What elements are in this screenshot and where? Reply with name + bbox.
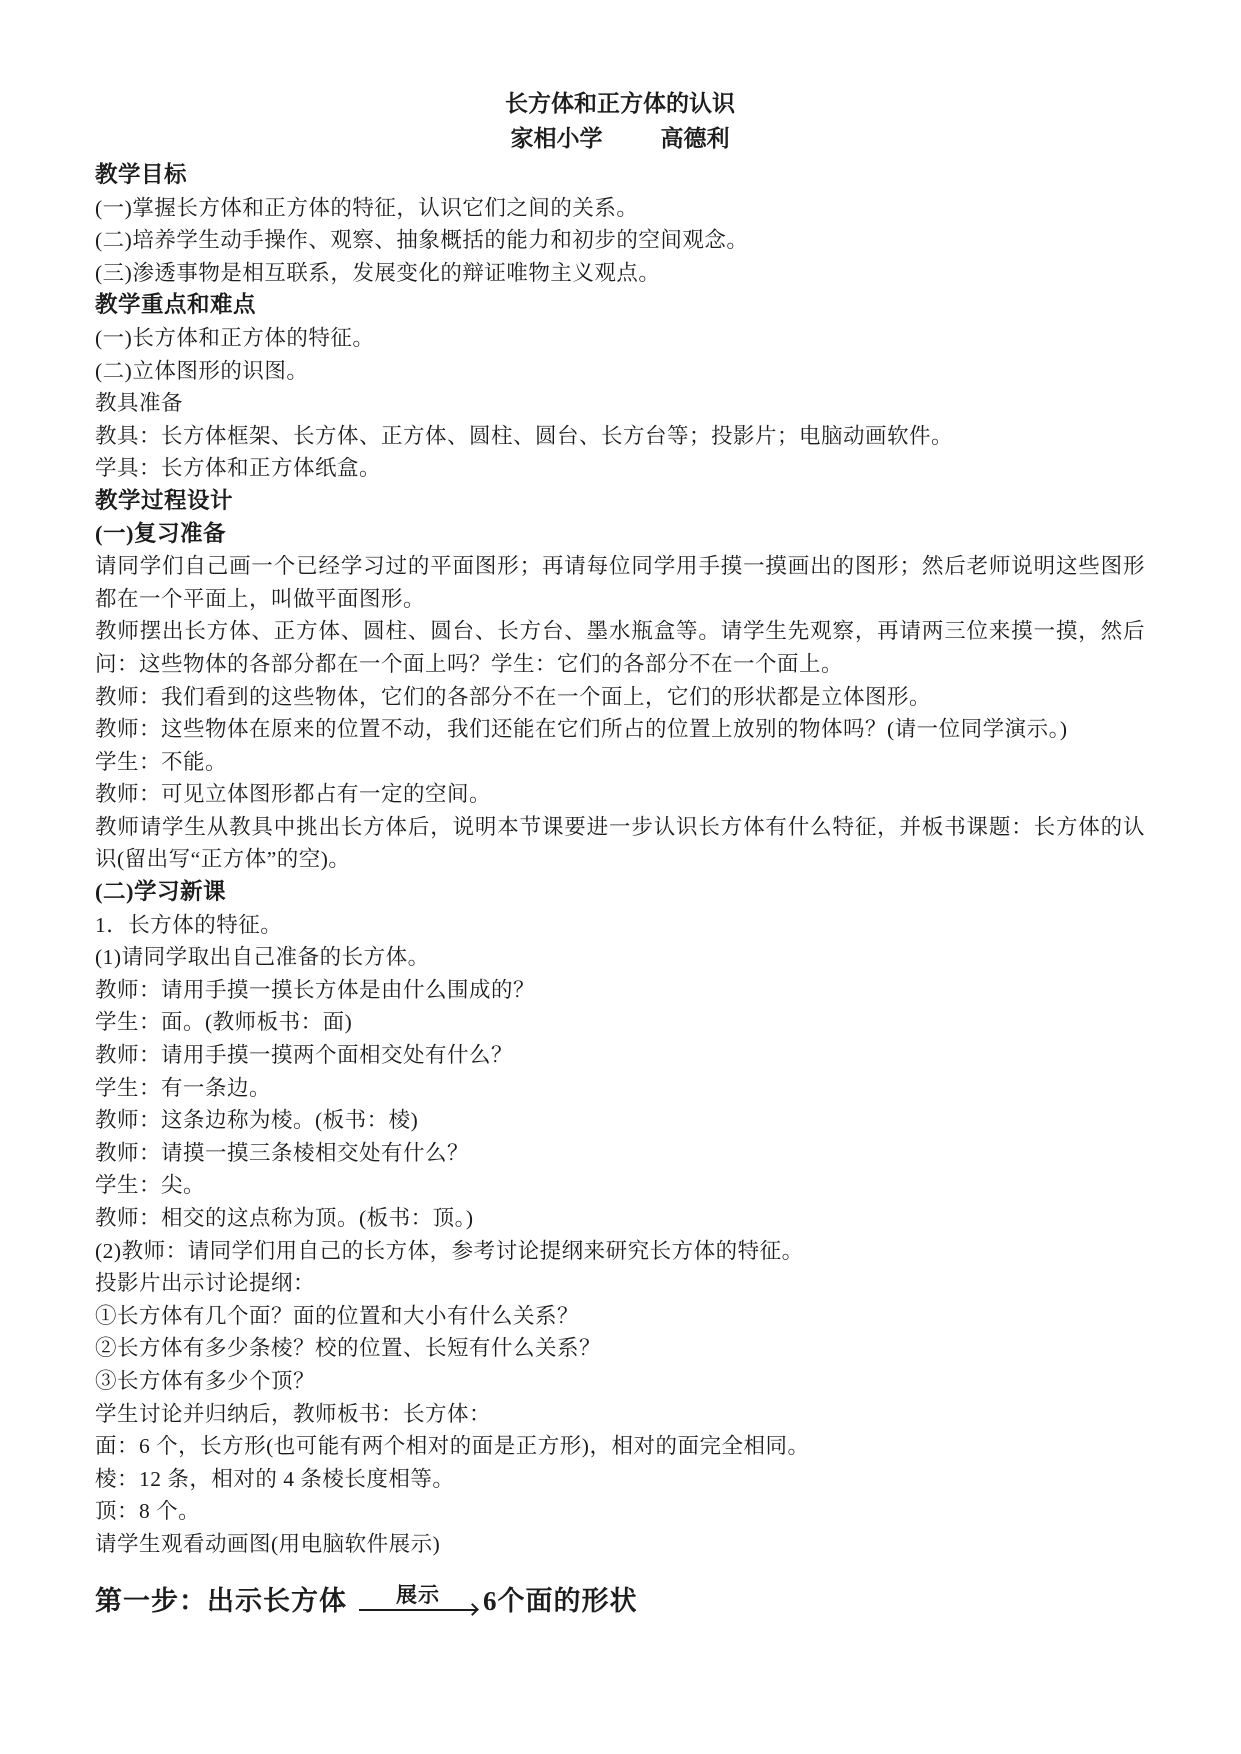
text-line: (三)渗透事物是相互联系，发展变化的辩证唯物主义观点。 bbox=[95, 257, 1145, 290]
text-line: ②长方体有多少条棱？校的位置、长短有什么关系？ bbox=[95, 1332, 1145, 1365]
text-line: 请同学们自己画一个已经学习过的平面图形；再请每位同学用手摸一摸画出的图形；然后老… bbox=[95, 550, 1145, 615]
right-arrow-icon bbox=[359, 1609, 477, 1611]
text-line: (二)培养学生动手操作、观察、抽象概括的能力和初步的空间观念。 bbox=[95, 224, 1145, 257]
arrow-label: 展示 bbox=[396, 1583, 440, 1607]
text-line: 教师摆出长方体、正方体、圆柱、圆台、长方台、墨水瓶盒等。请学生先观察，再请两三位… bbox=[95, 615, 1145, 680]
text-line: 教师：相交的这点称为顶。(板书：顶。) bbox=[95, 1202, 1145, 1235]
text-line: ③长方体有多少个顶？ bbox=[95, 1365, 1145, 1398]
text-line: 教师：请用手摸一摸长方体是由什么围成的？ bbox=[95, 974, 1145, 1007]
text-line: (二)立体图形的识图。 bbox=[95, 355, 1145, 388]
text-line: ①长方体有几个面？面的位置和大小有什么关系？ bbox=[95, 1300, 1145, 1333]
text-line: 面：6 个，长方形(也可能有两个相对的面是正方形)，相对的面完全相同。 bbox=[95, 1430, 1145, 1463]
text-line: 教师：可见立体图形都占有一定的空间。 bbox=[95, 778, 1145, 811]
labeled-arrow: 展示 bbox=[359, 1583, 477, 1611]
school-name: 家相小学 bbox=[511, 121, 603, 156]
flow-step-suffix: 6个面的形状 bbox=[483, 1581, 638, 1621]
text-line: (2)教师：请同学们用自己的长方体，参考讨论提纲来研究长方体的特征。 bbox=[95, 1235, 1145, 1268]
document-body: 教学目标(一)掌握长方体和正方体的特征，认识它们之间的关系。(二)培养学生动手操… bbox=[95, 159, 1145, 1561]
text-line: 学生讨论并归纳后，教师板书：长方体： bbox=[95, 1398, 1145, 1431]
text-line: 请学生观看动画图(用电脑软件展示) bbox=[95, 1528, 1145, 1561]
text-line: 学生：不能。 bbox=[95, 746, 1145, 779]
text-line: (1)请同学取出自己准备的长方体。 bbox=[95, 941, 1145, 974]
flow-step-line: 第一步：出示长方体 展示 6个面的形状 bbox=[95, 1581, 1145, 1621]
text-line: (一)长方体和正方体的特征。 bbox=[95, 322, 1145, 355]
text-line: 学具：长方体和正方体纸盒。 bbox=[95, 452, 1145, 485]
text-line: 教具准备 bbox=[95, 387, 1145, 420]
flow-step-prefix: 第一步：出示长方体 bbox=[95, 1581, 347, 1621]
text-line: 教师请学生从教具中挑出长方体后，说明本节课要进一步认识长方体有什么特征，并板书课… bbox=[95, 811, 1145, 876]
text-line: 学生：有一条边。 bbox=[95, 1072, 1145, 1105]
text-line: 教师：请摸一摸三条棱相交处有什么？ bbox=[95, 1137, 1145, 1170]
section-heading: (一)复习准备 bbox=[95, 518, 1145, 551]
section-heading: (二)学习新课 bbox=[95, 876, 1145, 909]
author-name: 高德利 bbox=[661, 121, 730, 156]
text-line: 学生：面。(教师板书：面) bbox=[95, 1006, 1145, 1039]
section-heading: 教学过程设计 bbox=[95, 485, 1145, 518]
text-line: 棱：12 条，相对的 4 条棱长度相等。 bbox=[95, 1463, 1145, 1496]
text-line: 教具：长方体框架、长方体、正方体、圆柱、圆台、长方台等；投影片；电脑动画软件。 bbox=[95, 420, 1145, 453]
document-page: 长方体和正方体的认识 家相小学 高德利 教学目标(一)掌握长方体和正方体的特征，… bbox=[0, 0, 1241, 1754]
section-heading: 教学目标 bbox=[95, 159, 1145, 192]
text-line: 教师：这条边称为棱。(板书：棱) bbox=[95, 1104, 1145, 1137]
section-heading: 教学重点和难点 bbox=[95, 289, 1145, 322]
byline: 家相小学 高德利 bbox=[95, 121, 1145, 156]
text-line: 教师：我们看到的这些物体，它们的各部分不在一个面上，它们的形状都是立体图形。 bbox=[95, 681, 1145, 714]
text-line: 1．长方体的特征。 bbox=[95, 909, 1145, 942]
text-line: 教师：这些物体在原来的位置不动，我们还能在它们所占的位置上放别的物体吗？(请一位… bbox=[95, 713, 1145, 746]
text-line: (一)掌握长方体和正方体的特征，认识它们之间的关系。 bbox=[95, 192, 1145, 225]
text-line: 投影片出示讨论提纲： bbox=[95, 1267, 1145, 1300]
page-title: 长方体和正方体的认识 bbox=[95, 86, 1145, 121]
text-line: 学生：尖。 bbox=[95, 1169, 1145, 1202]
text-line: 顶：8 个。 bbox=[95, 1495, 1145, 1528]
text-line: 教师：请用手摸一摸两个面相交处有什么？ bbox=[95, 1039, 1145, 1072]
